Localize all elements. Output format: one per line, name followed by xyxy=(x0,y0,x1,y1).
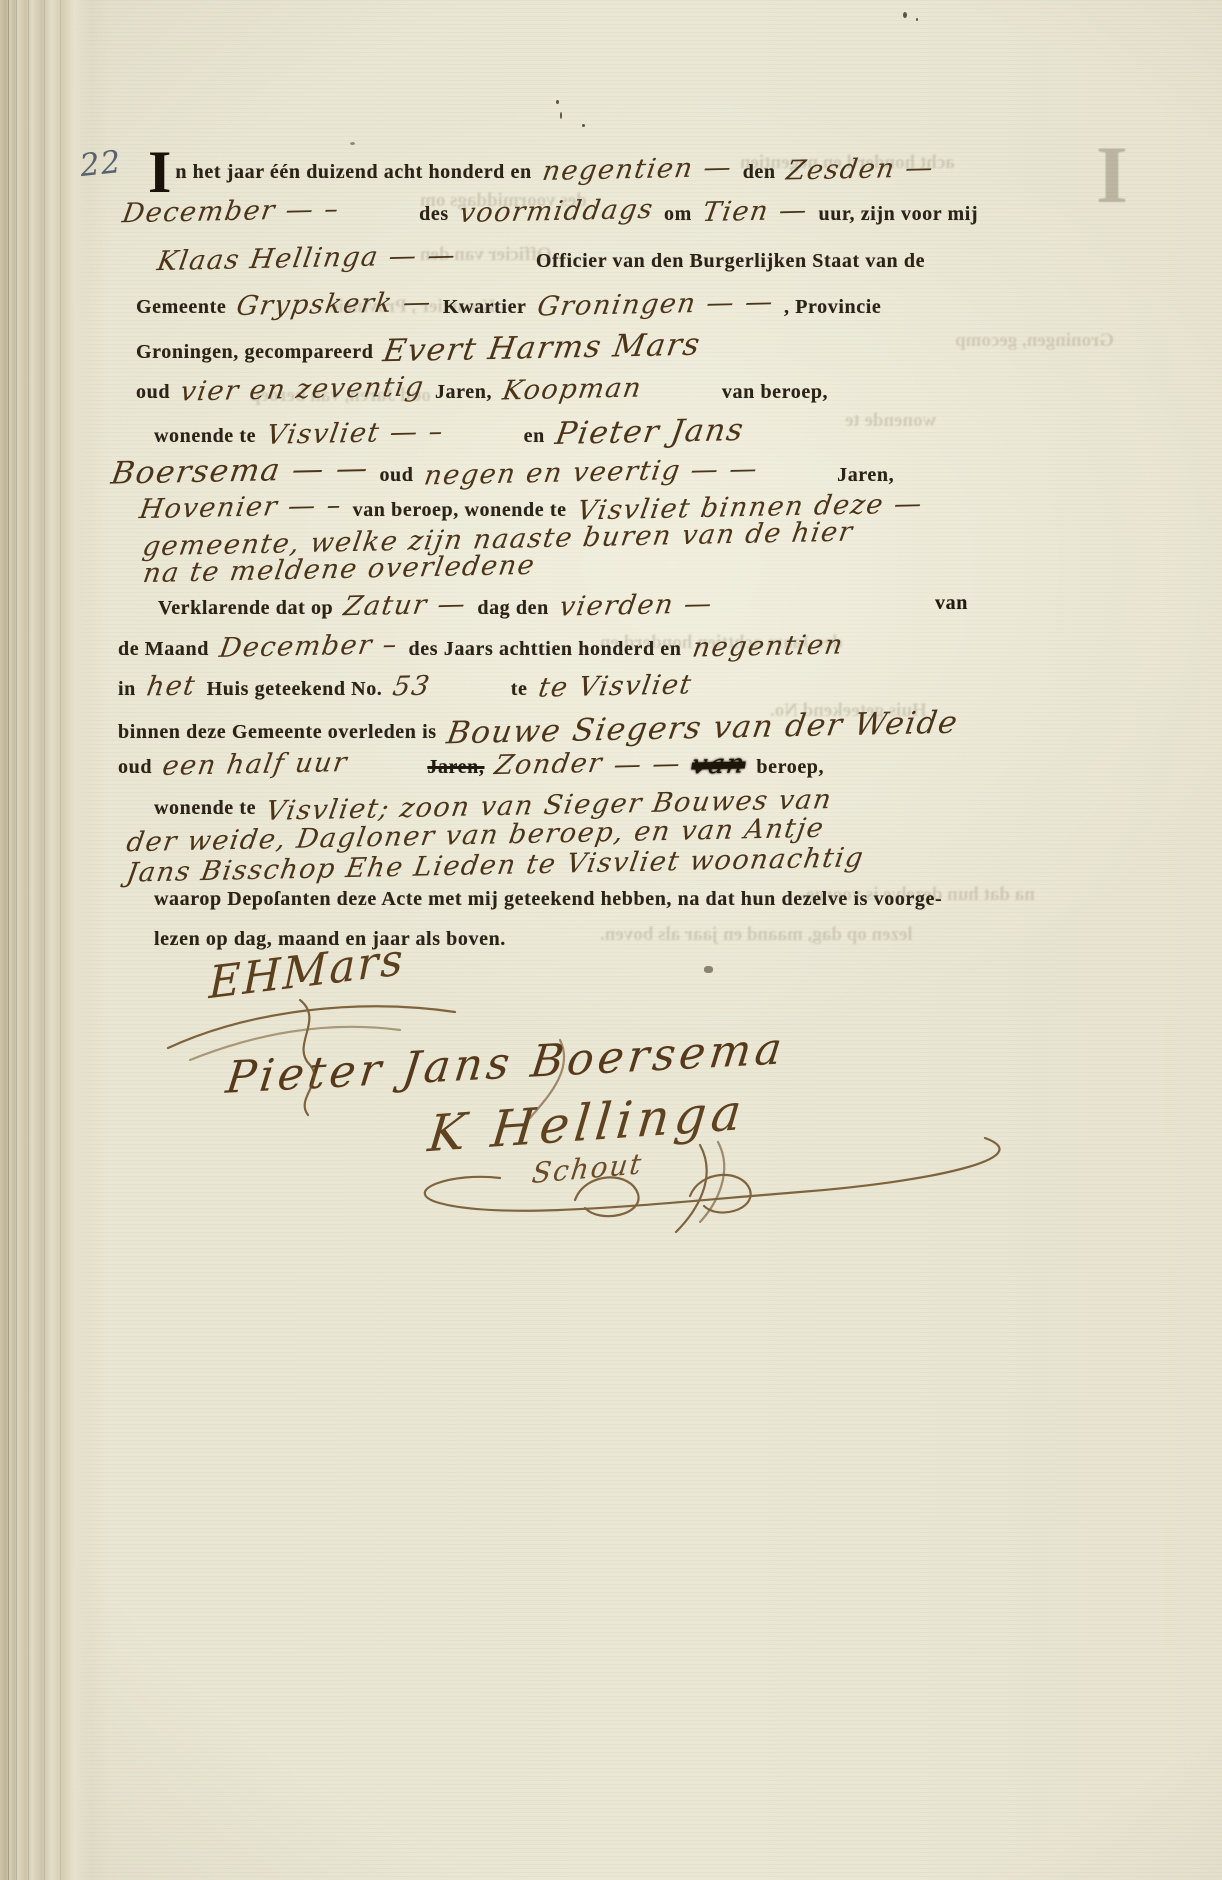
handwritten-text: Pieter Jans xyxy=(553,412,747,452)
handwritten-text: te Visvliet xyxy=(536,669,694,703)
document-line: de MaandDecember –des Jaars achttien hon… xyxy=(118,631,854,662)
printed-text: om xyxy=(664,203,692,226)
ink-speck xyxy=(556,100,559,104)
printed-text: des Jaars achttien honderd en xyxy=(409,638,682,661)
document-line: GemeenteGrypskerk —KwartierGroningen — —… xyxy=(136,289,892,320)
printed-text: des xyxy=(419,203,449,226)
document-line: Groningen, gecompareerdEvert Harms Mars xyxy=(136,330,712,366)
handwritten-text: Visvliet — – xyxy=(264,416,446,451)
handwritten-text: een half uur xyxy=(160,747,350,782)
printed-text: Jaren, xyxy=(435,381,492,404)
handwritten-text: Zonder xyxy=(493,748,606,781)
handwritten-text: Evert Harms Mars xyxy=(381,327,704,370)
printed-text: den xyxy=(743,161,776,184)
document-line: waarop Depoſanten deze Acte met mij gete… xyxy=(154,888,953,911)
handwritten-text: Groningen — — xyxy=(535,287,776,323)
handwritten-text: Bouwe Siegers van der Weide xyxy=(444,705,961,752)
document-line: wonende teVisvliet — –enPieter Jans xyxy=(154,414,755,450)
page-edge-line xyxy=(28,0,29,1880)
handwritten-text: Boersema — — xyxy=(109,450,372,491)
handwritten-text: Zatur — xyxy=(342,589,469,623)
handwritten-text: negen en veertig — — xyxy=(422,454,761,492)
ink-speck xyxy=(582,124,585,127)
printed-text: en xyxy=(524,425,545,448)
handwritten-text: voormiddags xyxy=(457,194,656,229)
printed-text: n het jaar één duizend acht honderd en xyxy=(175,161,531,184)
printed-text: Jaren, xyxy=(837,464,894,487)
printed-text: Gemeente xyxy=(136,296,226,319)
printed-text: dag den xyxy=(477,597,548,620)
printed-text: I xyxy=(148,150,171,195)
handwritten-text: — — xyxy=(612,748,684,780)
printed-text: oud xyxy=(379,464,413,487)
handwritten-text: na te meldene overledene xyxy=(141,550,538,589)
bleedthrough-text: wonende te xyxy=(845,410,936,432)
printed-text: beroep, xyxy=(756,756,824,779)
handwritten-text: vier en zeventig xyxy=(178,371,427,407)
printed-text: oud xyxy=(136,381,170,404)
document-line: Verklarende dat opZatur —dag denvierden … xyxy=(158,590,723,621)
printed-text: oud xyxy=(118,756,152,779)
printed-text: Groningen, gecompareerd xyxy=(136,341,373,364)
handwritten-text: negentien — xyxy=(540,152,734,187)
document-line: binnen deze Gemeente overleden isBouwe S… xyxy=(118,710,968,746)
page-edge-line xyxy=(8,0,9,1880)
handwritten-text: Hovenier — – xyxy=(137,490,344,525)
page-number: 22 xyxy=(78,144,123,184)
handwritten-text: 53 xyxy=(391,671,433,703)
handwritten-text: Grypskerk — xyxy=(235,287,435,322)
handwritten-text: December — – xyxy=(120,194,342,230)
ink-speck xyxy=(903,12,907,18)
document-line: In het jaar één duizend acht honderd enn… xyxy=(148,150,944,195)
printed-text: binnen deze Gemeente overleden is xyxy=(118,721,437,744)
document-line: oudeen half uurJaren,Zonder— —vanberoep, xyxy=(118,749,835,780)
page-edge-line xyxy=(44,0,45,1880)
printed-text: Kwartier xyxy=(443,296,527,319)
document-line: Boersema — —oudnegen en veertig — —Jaren… xyxy=(112,453,905,489)
printed-text: wonende te xyxy=(154,797,256,820)
printed-text: uur, zijn voor mij xyxy=(818,203,978,226)
ink-speck xyxy=(916,18,918,21)
printed-text: Officier van den Burgerlijken Staat van … xyxy=(536,250,925,273)
page-edge-line xyxy=(60,0,61,1880)
document-line: inhetHuis geteekend No.53tete Visvliet xyxy=(118,671,702,702)
handwritten-text: Klaas Hellinga — — xyxy=(155,240,459,277)
document-line: Klaas Hellinga — —Officier van den Burge… xyxy=(158,243,936,274)
bleedthrough-text: lezen op dag, maand en jaar als boven. xyxy=(600,924,913,946)
book-binding-edge xyxy=(0,0,92,1880)
handwritten-text: het xyxy=(144,670,198,702)
bleedthrough-text: Groningen, gecomp xyxy=(955,330,1114,352)
document-line: Jans Bisschop Ehe Lieden te Visvliet woo… xyxy=(128,850,874,881)
document-line: December — –desvoormiddagsomTien —uur, z… xyxy=(123,196,989,227)
document-line: na te meldene overledene xyxy=(144,554,546,585)
handwritten-text: Tien — xyxy=(700,195,810,228)
printed-text: te xyxy=(511,678,528,701)
handwritten-text: Koopman xyxy=(500,373,644,407)
printed-text: van beroep, xyxy=(722,381,828,404)
document-line: oudvier en zeventigJaren,Koopmanvan bero… xyxy=(136,374,839,405)
handwritten-text: negentien xyxy=(690,629,846,663)
printed-text: Huis geteekend No. xyxy=(207,678,383,701)
printed-text: van xyxy=(935,592,968,615)
printed-text: de Maand xyxy=(118,638,209,661)
handwritten-text: Zesden — xyxy=(784,152,936,186)
ink-speck xyxy=(560,112,562,119)
printed-text: waarop Depoſanten deze Acte met mij gete… xyxy=(154,888,942,911)
scanned-register-page: { "page": { "number": "22", "watermark_l… xyxy=(0,0,1222,1880)
printed-text: Jaren, xyxy=(427,756,484,779)
page-edge-line xyxy=(16,0,17,1880)
printed-text: Verklarende dat op xyxy=(158,597,333,620)
ink-blot xyxy=(704,966,713,973)
printed-text: , Provincie xyxy=(784,296,881,319)
watermark-capital-i: I xyxy=(1096,128,1128,222)
handwritten-text: van xyxy=(690,748,748,780)
printed-text: van beroep, wonende te xyxy=(353,499,567,522)
printed-text: wonende te xyxy=(154,425,256,448)
ink-speck xyxy=(350,142,355,145)
printed-text: in xyxy=(118,678,136,701)
handwritten-text: December – xyxy=(217,629,400,664)
handwritten-text: vierden — xyxy=(557,588,715,622)
